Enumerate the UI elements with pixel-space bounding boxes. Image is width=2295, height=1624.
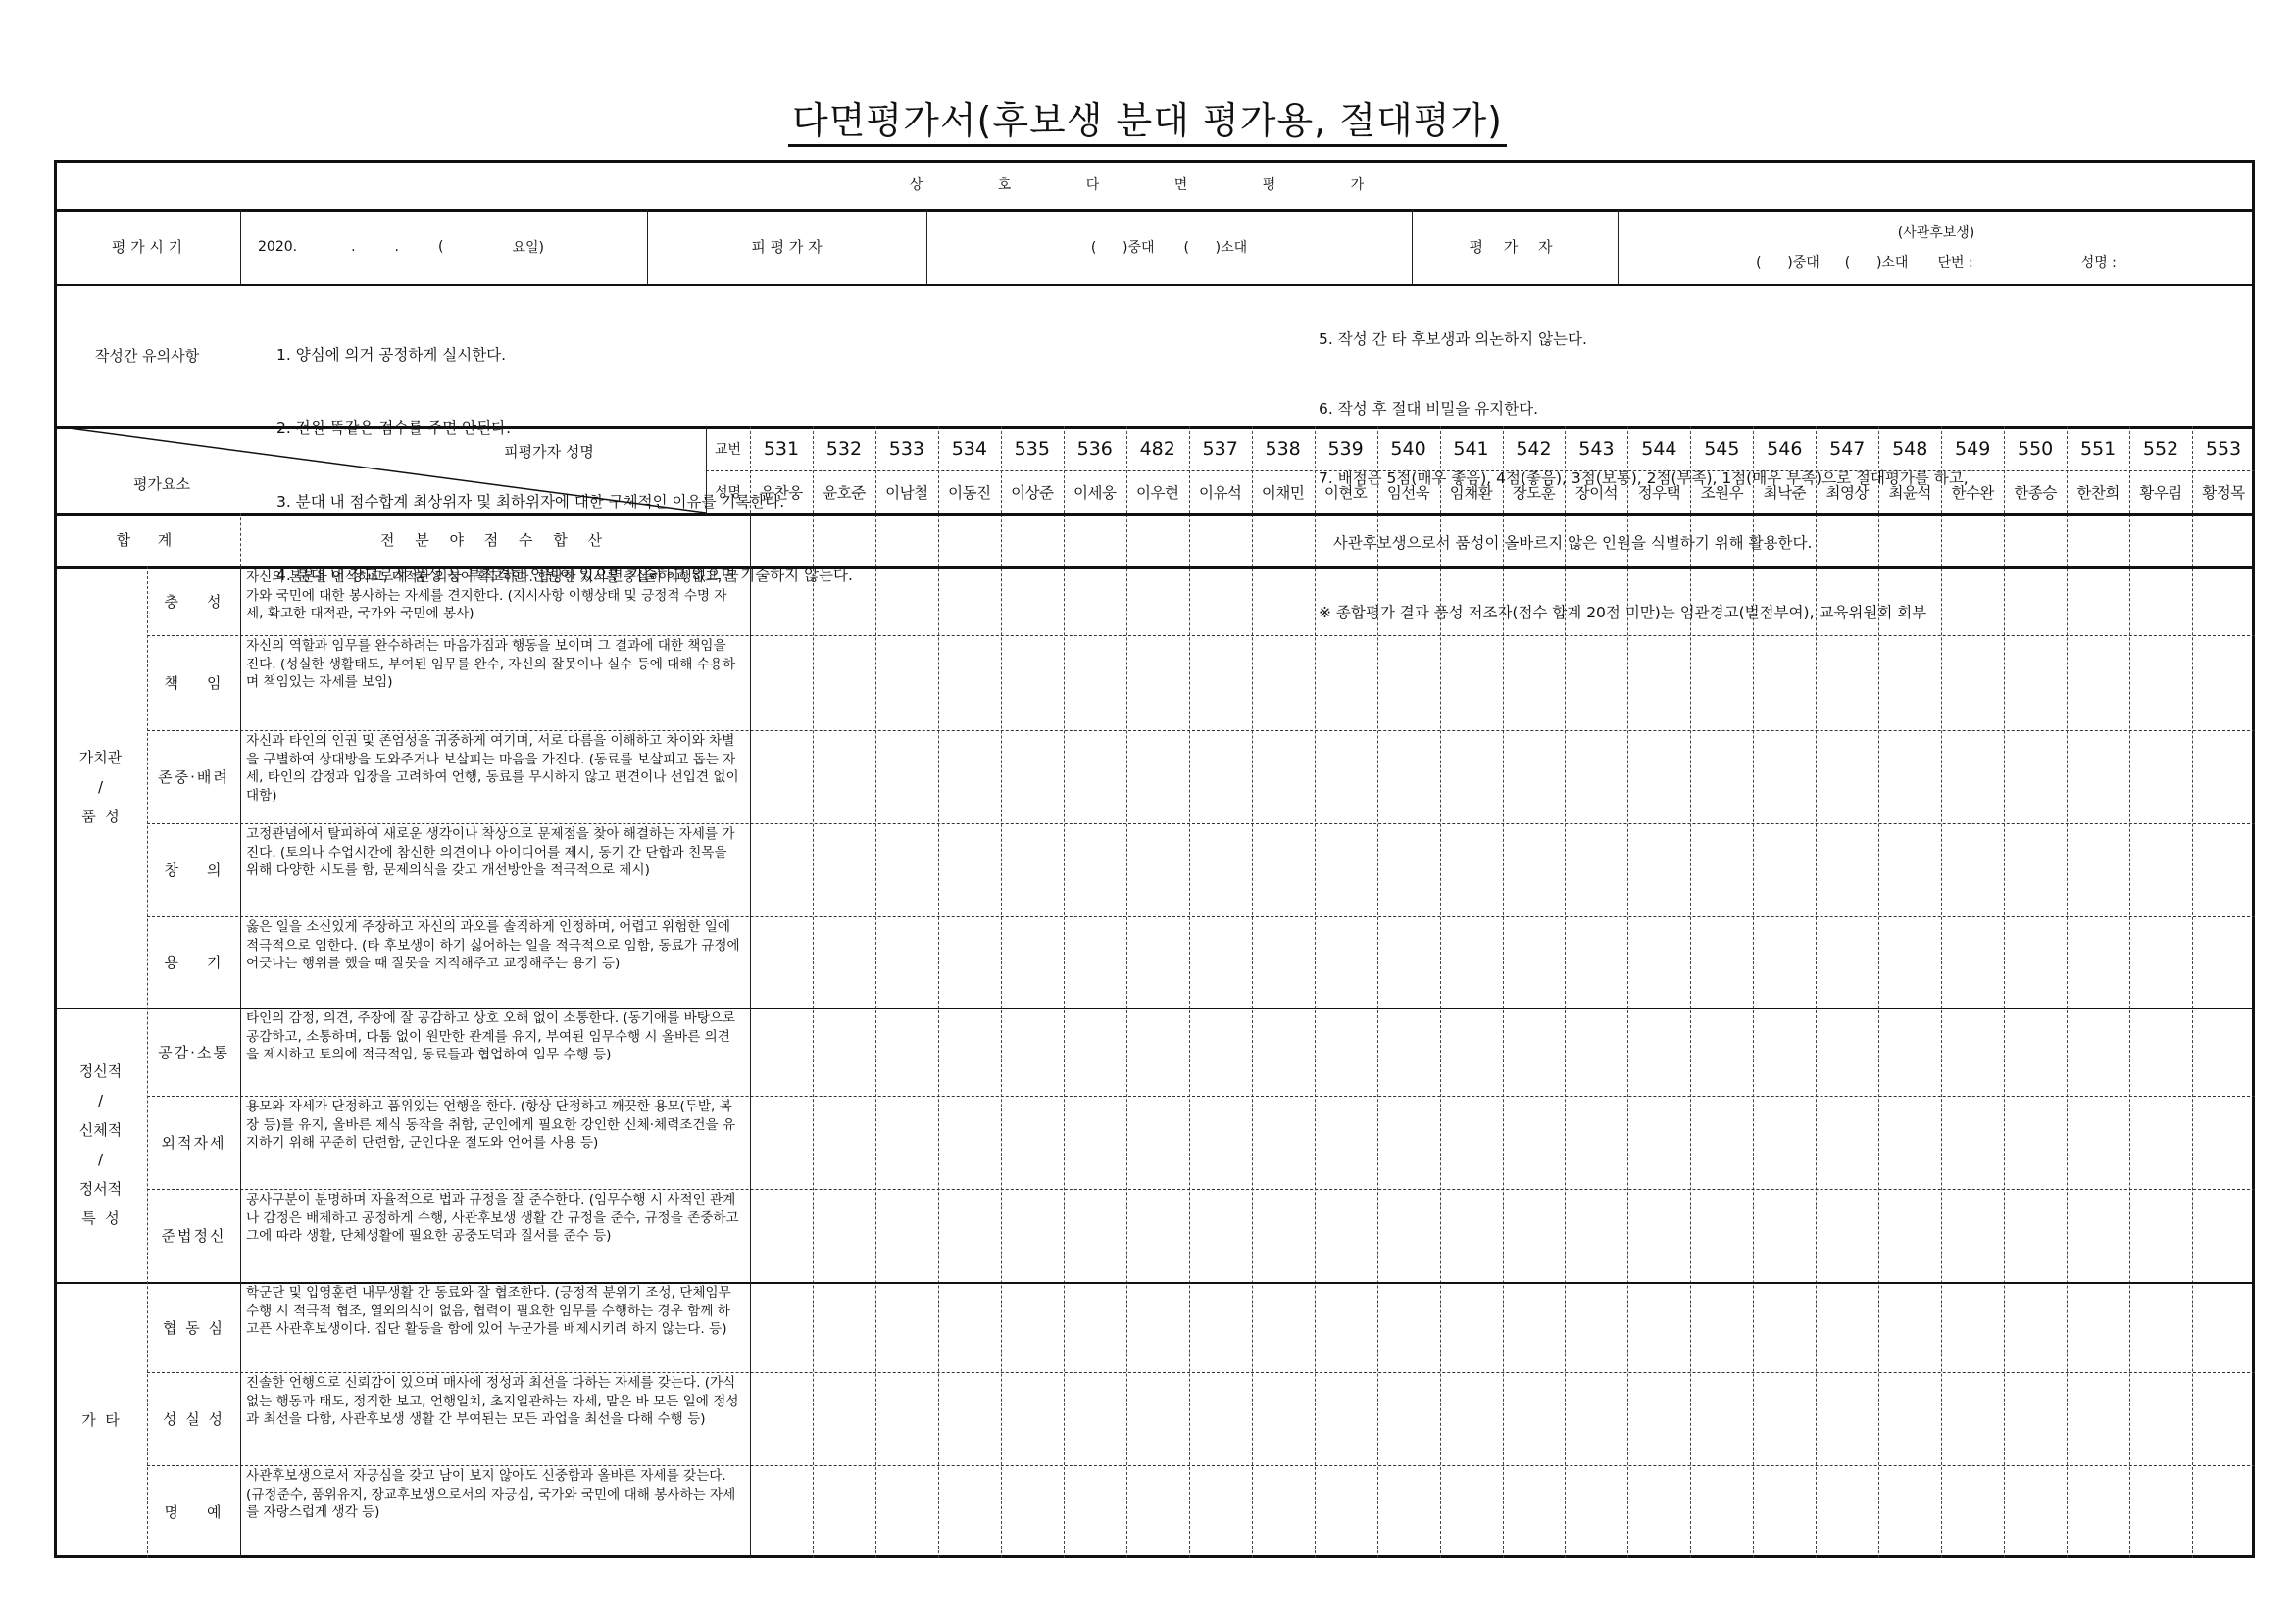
score-cell[interactable] — [1252, 1282, 1315, 1372]
score-cell[interactable] — [1315, 1465, 1377, 1558]
score-cell[interactable] — [2192, 1096, 2255, 1189]
score-cell[interactable] — [813, 635, 875, 730]
score-cell[interactable] — [1126, 1096, 1189, 1189]
score-cell[interactable] — [2129, 1372, 2192, 1465]
score-cell[interactable] — [2129, 566, 2192, 635]
score-cell[interactable] — [875, 1465, 938, 1558]
score-cell[interactable] — [1440, 1189, 1503, 1282]
score-cell[interactable] — [938, 1465, 1001, 1558]
score-cell[interactable] — [1001, 1465, 1064, 1558]
score-cell[interactable] — [1377, 1096, 1440, 1189]
score-cell[interactable] — [1315, 1008, 1377, 1096]
evaluator-info-field[interactable]: (사관후보생) ( )중대 ( )소대 단번 : 성명 : — [1618, 209, 2255, 284]
score-cell[interactable] — [2192, 1465, 2255, 1558]
score-cell[interactable] — [1315, 635, 1377, 730]
score-cell[interactable] — [1816, 916, 1878, 1008]
score-cell[interactable] — [1064, 1465, 1126, 1558]
score-cell[interactable] — [875, 1282, 938, 1372]
score-cell[interactable] — [1440, 1008, 1503, 1096]
score-cell[interactable] — [750, 1282, 813, 1372]
total-score-cell[interactable] — [1503, 513, 1566, 566]
score-cell[interactable] — [1565, 823, 1627, 916]
score-cell[interactable] — [2004, 566, 2067, 635]
score-cell[interactable] — [2067, 730, 2129, 823]
score-cell[interactable] — [1440, 1465, 1503, 1558]
student-id: 545 — [1690, 426, 1753, 470]
score-cell[interactable] — [1627, 1096, 1690, 1189]
score-cell[interactable] — [2004, 1282, 2067, 1372]
score-cell[interactable] — [1189, 730, 1252, 823]
score-cell[interactable] — [875, 730, 938, 823]
score-cell[interactable] — [2192, 566, 2255, 635]
total-score-cell[interactable] — [1126, 513, 1189, 566]
score-cell[interactable] — [875, 566, 938, 635]
score-cell[interactable] — [1627, 1465, 1690, 1558]
score-cell[interactable] — [1252, 635, 1315, 730]
item-label: 성 실 성 — [147, 1372, 240, 1465]
score-cell[interactable] — [1377, 1372, 1440, 1465]
total-score-cell[interactable] — [1440, 513, 1503, 566]
score-cell[interactable] — [1315, 566, 1377, 635]
score-cell[interactable] — [1001, 566, 1064, 635]
score-cell[interactable] — [1189, 1189, 1252, 1282]
score-cell[interactable] — [1126, 1189, 1189, 1282]
score-cell[interactable] — [875, 1096, 938, 1189]
score-cell[interactable] — [1503, 1189, 1566, 1282]
score-cell[interactable] — [1690, 635, 1753, 730]
total-score-cell[interactable] — [813, 513, 875, 566]
score-cell[interactable] — [813, 1008, 875, 1096]
total-score-cell[interactable] — [1690, 513, 1753, 566]
score-cell[interactable] — [1440, 1096, 1503, 1189]
score-cell[interactable] — [1315, 1096, 1377, 1189]
score-cell[interactable] — [875, 1372, 938, 1465]
score-cell[interactable] — [1064, 566, 1126, 635]
score-cell[interactable] — [1627, 1008, 1690, 1096]
score-cell[interactable] — [1377, 566, 1440, 635]
student-name: 이우현 — [1126, 470, 1189, 513]
score-cell[interactable] — [1503, 566, 1566, 635]
score-cell[interactable] — [1001, 1096, 1064, 1189]
score-cell[interactable] — [1189, 1008, 1252, 1096]
score-cell[interactable] — [1252, 1008, 1315, 1096]
score-cell[interactable] — [1816, 635, 1878, 730]
score-cell[interactable] — [1565, 1282, 1627, 1372]
score-cell[interactable] — [1377, 635, 1440, 730]
score-cell[interactable] — [1064, 1372, 1126, 1465]
total-score-cell[interactable] — [2004, 513, 2067, 566]
score-cell[interactable] — [1064, 823, 1126, 916]
score-cell[interactable] — [1503, 916, 1566, 1008]
score-cell[interactable] — [1126, 566, 1189, 635]
score-cell[interactable] — [813, 566, 875, 635]
score-cell[interactable] — [1816, 1096, 1878, 1189]
score-cell[interactable] — [1941, 730, 2004, 823]
score-cell[interactable] — [1001, 1372, 1064, 1465]
score-cell[interactable] — [1878, 823, 1941, 916]
score-cell[interactable] — [2192, 1008, 2255, 1096]
score-cell[interactable] — [1503, 1008, 1566, 1096]
score-cell[interactable] — [1627, 566, 1690, 635]
score-cell[interactable] — [2067, 1372, 2129, 1465]
score-cell[interactable] — [1001, 1189, 1064, 1282]
total-score-cell[interactable] — [1941, 513, 2004, 566]
score-cell[interactable] — [2067, 1096, 2129, 1189]
score-cell[interactable] — [938, 566, 1001, 635]
score-cell[interactable] — [813, 730, 875, 823]
score-cell[interactable] — [1753, 916, 1816, 1008]
score-cell[interactable] — [2192, 635, 2255, 730]
score-cell[interactable] — [1878, 1372, 1941, 1465]
score-cell[interactable] — [1627, 730, 1690, 823]
score-cell[interactable] — [2129, 1189, 2192, 1282]
score-cell[interactable] — [1001, 823, 1064, 916]
score-cell[interactable] — [1941, 1189, 2004, 1282]
score-cell[interactable] — [1565, 566, 1627, 635]
score-cell[interactable] — [1315, 916, 1377, 1008]
score-cell[interactable] — [750, 1465, 813, 1558]
score-cell[interactable] — [1878, 916, 1941, 1008]
score-cell[interactable] — [1753, 1096, 1816, 1189]
score-cell[interactable] — [1064, 730, 1126, 823]
total-score-cell[interactable] — [1001, 513, 1064, 566]
score-cell[interactable] — [1377, 1189, 1440, 1282]
score-cell[interactable] — [2004, 823, 2067, 916]
score-cell[interactable] — [2004, 635, 2067, 730]
score-cell[interactable] — [813, 1282, 875, 1372]
score-cell[interactable] — [1001, 635, 1064, 730]
total-score-cell[interactable] — [1878, 513, 1941, 566]
score-cell[interactable] — [750, 730, 813, 823]
score-cell[interactable] — [1440, 1372, 1503, 1465]
score-cell[interactable] — [1252, 1189, 1315, 1282]
score-cell[interactable] — [1064, 1282, 1126, 1372]
score-cell[interactable] — [875, 823, 938, 916]
divider — [147, 1465, 2255, 1466]
score-cell[interactable] — [1377, 1465, 1440, 1558]
score-cell[interactable] — [1064, 1096, 1126, 1189]
score-cell[interactable] — [1878, 566, 1941, 635]
score-cell[interactable] — [750, 1189, 813, 1282]
score-cell[interactable] — [1627, 1282, 1690, 1372]
score-cell[interactable] — [1753, 635, 1816, 730]
score-cell[interactable] — [1001, 1008, 1064, 1096]
score-cell[interactable] — [2004, 1008, 2067, 1096]
score-cell[interactable] — [2129, 916, 2192, 1008]
score-cell[interactable] — [1941, 1008, 2004, 1096]
score-cell[interactable] — [1941, 823, 2004, 916]
score-cell[interactable] — [2192, 1189, 2255, 1282]
score-cell[interactable] — [750, 1096, 813, 1189]
score-cell[interactable] — [1126, 635, 1189, 730]
score-cell[interactable] — [1503, 823, 1566, 916]
score-cell[interactable] — [1064, 1189, 1126, 1282]
total-score-cell[interactable] — [1189, 513, 1252, 566]
total-score-cell[interactable] — [1377, 513, 1440, 566]
score-cell[interactable] — [1816, 566, 1878, 635]
score-cell[interactable] — [938, 1372, 1001, 1465]
score-cell[interactable] — [1878, 1465, 1941, 1558]
score-cell[interactable] — [1189, 916, 1252, 1008]
score-cell[interactable] — [1252, 566, 1315, 635]
score-cell[interactable] — [1189, 1282, 1252, 1372]
score-cell[interactable] — [2067, 1008, 2129, 1096]
score-cell[interactable] — [2192, 916, 2255, 1008]
score-cell[interactable] — [1690, 1282, 1753, 1372]
score-cell[interactable] — [1189, 566, 1252, 635]
score-cell[interactable] — [2192, 730, 2255, 823]
score-cell[interactable] — [1753, 1008, 1816, 1096]
score-cell[interactable] — [1941, 1465, 2004, 1558]
score-cell[interactable] — [2004, 1096, 2067, 1189]
score-cell[interactable] — [938, 1008, 1001, 1096]
score-cell[interactable] — [1690, 566, 1753, 635]
score-cell[interactable] — [1440, 916, 1503, 1008]
score-cell[interactable] — [1503, 1465, 1566, 1558]
score-cell[interactable] — [1064, 635, 1126, 730]
score-cell[interactable] — [875, 1008, 938, 1096]
score-cell[interactable] — [1126, 1008, 1189, 1096]
score-cell[interactable] — [1878, 1282, 1941, 1372]
score-cell[interactable] — [2129, 635, 2192, 730]
score-cell[interactable] — [1565, 1189, 1627, 1282]
score-cell[interactable] — [813, 1465, 875, 1558]
score-cell[interactable] — [1440, 823, 1503, 916]
score-cell[interactable] — [1690, 1372, 1753, 1465]
score-cell[interactable] — [1627, 916, 1690, 1008]
score-cell[interactable] — [1690, 1465, 1753, 1558]
score-cell[interactable] — [938, 1189, 1001, 1282]
score-cell[interactable] — [1565, 916, 1627, 1008]
score-cell[interactable] — [1565, 1008, 1627, 1096]
score-cell[interactable] — [1690, 1008, 1753, 1096]
score-cell[interactable] — [2192, 823, 2255, 916]
score-cell[interactable] — [1816, 1465, 1878, 1558]
score-cell[interactable] — [1941, 1372, 2004, 1465]
total-score-cell[interactable] — [875, 513, 938, 566]
score-cell[interactable] — [1126, 916, 1189, 1008]
score-cell[interactable] — [1627, 1372, 1690, 1465]
score-cell[interactable] — [2004, 730, 2067, 823]
score-cell[interactable] — [2004, 916, 2067, 1008]
score-cell[interactable] — [813, 1189, 875, 1282]
score-cell[interactable] — [1941, 566, 2004, 635]
score-cell[interactable] — [1189, 1096, 1252, 1189]
total-score-cell[interactable] — [1064, 513, 1126, 566]
score-cell[interactable] — [1252, 730, 1315, 823]
score-cell[interactable] — [2067, 635, 2129, 730]
total-score-cell[interactable] — [1753, 513, 1816, 566]
total-score-cell[interactable] — [2129, 513, 2192, 566]
score-cell[interactable] — [2067, 823, 2129, 916]
score-cell[interactable] — [1315, 730, 1377, 823]
score-cell[interactable] — [1315, 1372, 1377, 1465]
total-score-cell[interactable] — [1627, 513, 1690, 566]
score-cell[interactable] — [1064, 1008, 1126, 1096]
total-score-cell[interactable] — [750, 513, 813, 566]
score-cell[interactable] — [1816, 1282, 1878, 1372]
score-cell[interactable] — [1816, 1189, 1878, 1282]
score-cell[interactable] — [2067, 566, 2129, 635]
total-score-cell[interactable] — [2067, 513, 2129, 566]
total-score-cell[interactable] — [2192, 513, 2255, 566]
score-cell[interactable] — [1440, 635, 1503, 730]
score-cell[interactable] — [1816, 730, 1878, 823]
score-cell[interactable] — [1252, 1465, 1315, 1558]
total-score-cell[interactable] — [1565, 513, 1627, 566]
score-cell[interactable] — [938, 730, 1001, 823]
score-cell[interactable] — [1878, 730, 1941, 823]
score-cell[interactable] — [1753, 1189, 1816, 1282]
score-cell[interactable] — [1878, 635, 1941, 730]
score-cell[interactable] — [1753, 1372, 1816, 1465]
score-cell[interactable] — [1627, 635, 1690, 730]
score-cell[interactable] — [2129, 1096, 2192, 1189]
id-label-text: 교번 — [715, 439, 741, 459]
score-cell[interactable] — [2067, 1189, 2129, 1282]
score-cell[interactable] — [1189, 635, 1252, 730]
score-cell[interactable] — [2192, 1372, 2255, 1465]
score-cell[interactable] — [938, 916, 1001, 1008]
score-cell[interactable] — [2129, 730, 2192, 823]
score-cell[interactable] — [1816, 1008, 1878, 1096]
score-cell[interactable] — [1001, 1282, 1064, 1372]
score-cell[interactable] — [2129, 1008, 2192, 1096]
score-cell[interactable] — [938, 635, 1001, 730]
score-cell[interactable] — [1690, 1189, 1753, 1282]
score-cell[interactable] — [750, 1372, 813, 1465]
score-cell[interactable] — [750, 1008, 813, 1096]
score-cell[interactable] — [1753, 730, 1816, 823]
score-cell[interactable] — [1377, 1282, 1440, 1372]
score-cell[interactable] — [750, 635, 813, 730]
score-cell[interactable] — [813, 1096, 875, 1189]
score-cell[interactable] — [1503, 1372, 1566, 1465]
score-cell[interactable] — [1690, 730, 1753, 823]
score-cell[interactable] — [1690, 823, 1753, 916]
score-cell[interactable] — [1503, 1282, 1566, 1372]
score-cell[interactable] — [1252, 823, 1315, 916]
score-cell[interactable] — [1126, 1372, 1189, 1465]
score-cell[interactable] — [1878, 1008, 1941, 1096]
score-cell[interactable] — [938, 1096, 1001, 1189]
total-score-cell[interactable] — [1252, 513, 1315, 566]
score-cell[interactable] — [1001, 916, 1064, 1008]
evaluatee-unit-field[interactable]: ( )중대 ( )소대 — [926, 209, 1412, 284]
score-cell[interactable] — [2067, 1465, 2129, 1558]
score-cell[interactable] — [1377, 916, 1440, 1008]
score-cell[interactable] — [938, 823, 1001, 916]
score-cell[interactable] — [1941, 916, 2004, 1008]
score-cell[interactable] — [2067, 1282, 2129, 1372]
score-cell[interactable] — [1189, 1372, 1252, 1465]
score-cell[interactable] — [1565, 1372, 1627, 1465]
score-cell[interactable] — [1627, 823, 1690, 916]
total-score-cell[interactable] — [1315, 513, 1377, 566]
score-cell[interactable] — [1440, 1282, 1503, 1372]
eval-time-field[interactable]: 2020. . . ( 요일) — [240, 209, 647, 284]
score-cell[interactable] — [1315, 1282, 1377, 1372]
score-cell[interactable] — [1503, 635, 1566, 730]
score-cell[interactable] — [1126, 1282, 1189, 1372]
score-cell[interactable] — [1941, 635, 2004, 730]
score-cell[interactable] — [1377, 730, 1440, 823]
evaluatee-platoon: ( )소대 — [1184, 237, 1248, 257]
score-cell[interactable] — [875, 635, 938, 730]
score-cell[interactable] — [1565, 730, 1627, 823]
score-cell[interactable] — [1126, 823, 1189, 916]
score-cell[interactable] — [1565, 1465, 1627, 1558]
score-cell[interactable] — [1941, 1282, 2004, 1372]
score-cell[interactable] — [2004, 1372, 2067, 1465]
score-cell[interactable] — [2192, 1282, 2255, 1372]
score-cell[interactable] — [1252, 1096, 1315, 1189]
score-cell[interactable] — [1377, 823, 1440, 916]
score-cell[interactable] — [2004, 1189, 2067, 1282]
score-cell[interactable] — [813, 916, 875, 1008]
score-cell[interactable] — [1753, 823, 1816, 916]
score-cell[interactable] — [1878, 1189, 1941, 1282]
score-cell[interactable] — [1627, 1189, 1690, 1282]
item-description: 자신의 본분을 인식하고, 대적관 의식이 확고하다. 합당한 지시를 충실히 … — [242, 566, 746, 635]
score-cell[interactable] — [1064, 916, 1126, 1008]
student-name: 이동진 — [938, 470, 1001, 513]
score-cell[interactable] — [1252, 1372, 1315, 1465]
score-cell[interactable] — [1878, 1096, 1941, 1189]
score-cell[interactable] — [1690, 916, 1753, 1008]
score-cell[interactable] — [938, 1282, 1001, 1372]
score-cell[interactable] — [1565, 635, 1627, 730]
score-cell[interactable] — [875, 1189, 938, 1282]
score-cell[interactable] — [1503, 730, 1566, 823]
score-cell[interactable] — [1315, 823, 1377, 916]
score-cell[interactable] — [2129, 823, 2192, 916]
score-cell[interactable] — [2129, 1282, 2192, 1372]
score-cell[interactable] — [1315, 1189, 1377, 1282]
score-cell[interactable] — [2067, 916, 2129, 1008]
score-cell[interactable] — [875, 916, 938, 1008]
score-cell[interactable] — [1941, 1096, 2004, 1189]
score-cell[interactable] — [1816, 1372, 1878, 1465]
score-cell[interactable] — [750, 916, 813, 1008]
score-cell[interactable] — [1565, 1096, 1627, 1189]
score-cell[interactable] — [1126, 1465, 1189, 1558]
total-score-cell[interactable] — [938, 513, 1001, 566]
score-cell[interactable] — [1189, 823, 1252, 916]
score-cell[interactable] — [1252, 916, 1315, 1008]
score-cell[interactable] — [1753, 566, 1816, 635]
score-cell[interactable] — [1126, 730, 1189, 823]
score-cell[interactable] — [1816, 823, 1878, 916]
score-cell[interactable] — [1690, 1096, 1753, 1189]
score-cell[interactable] — [1001, 730, 1064, 823]
score-cell[interactable] — [1440, 730, 1503, 823]
score-cell[interactable] — [1503, 1096, 1566, 1189]
score-cell[interactable] — [1753, 1282, 1816, 1372]
score-cell[interactable] — [1189, 1465, 1252, 1558]
score-cell[interactable] — [813, 823, 875, 916]
score-cell[interactable] — [1753, 1465, 1816, 1558]
item-label: 외적자세 — [147, 1096, 240, 1189]
score-cell[interactable] — [1440, 566, 1503, 635]
total-score-cell[interactable] — [1816, 513, 1878, 566]
score-cell[interactable] — [1377, 1008, 1440, 1096]
score-cell[interactable] — [2004, 1465, 2067, 1558]
score-cell[interactable] — [2129, 1465, 2192, 1558]
score-cell[interactable] — [750, 566, 813, 635]
score-cell[interactable] — [750, 823, 813, 916]
score-cell[interactable] — [813, 1372, 875, 1465]
